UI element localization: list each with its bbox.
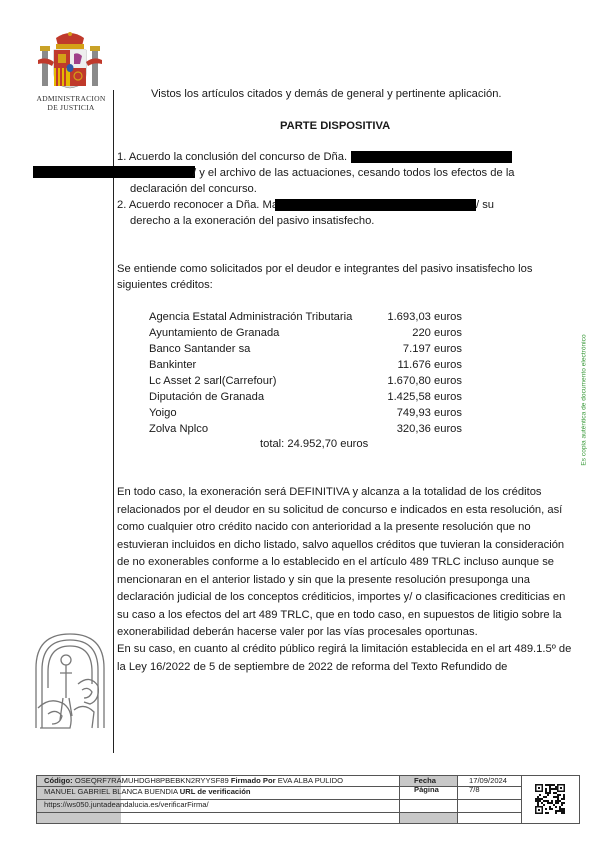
signer-1: EVA ALBA PULIDO	[278, 776, 343, 785]
paragraph-line: En su caso, en cuanto al crédito público…	[117, 641, 571, 657]
credit-amount: 7.197 euros	[302, 341, 462, 357]
item2-line1: 2. Acuerdo reconocer a Dña. María	[117, 197, 291, 213]
credit-amount: 220 euros	[302, 325, 462, 341]
codigo-line: Código: OSEQRF7RAMUHDGH8PBEBKN2RYYSF89 F…	[44, 776, 343, 785]
paragraph-line: exonerabilidad deberán hacerse valer por…	[117, 624, 478, 640]
spain-coat-of-arms-icon	[36, 30, 104, 94]
redaction-bar	[275, 199, 476, 211]
intro-text: Vistos los artículos citados y demás de …	[151, 86, 502, 102]
credit-amount: 749,93 euros	[302, 405, 462, 421]
codigo-label: Código:	[44, 776, 73, 785]
logo-text-line1: ADMINISTRACION	[28, 94, 114, 103]
junta-andalucia-hercules-lions-icon	[30, 628, 110, 738]
credits-total: total: 24.952,70 euros	[260, 436, 368, 452]
logo-text-line2: DE JUSTICIA	[28, 103, 114, 112]
verification-footer: Código: OSEQRF7RAMUHDGH8PBEBKN2RYYSF89 F…	[36, 775, 522, 824]
margin-rule	[113, 90, 114, 753]
footer-divider	[457, 776, 458, 823]
credit-amount: 11.676 euros	[302, 357, 462, 373]
codigo-value: OSEQRF7RAMUHDGH8PBEBKN2RYYSF89	[75, 776, 229, 785]
creditor-name: Yoigo	[149, 405, 177, 421]
creditor-name: Zolva Nplco	[149, 421, 208, 437]
credit-amount: 1.693,03 euros	[302, 309, 462, 325]
qr-code-icon[interactable]	[535, 784, 565, 819]
paragraph-line: su caso a los efectos del art 489 TRLC, …	[117, 607, 561, 623]
item1-line2: / y el archivo de las actuaciones, cesan…	[193, 165, 515, 181]
credit-amount: 1.670,80 euros	[302, 373, 462, 389]
fecha-value: 17/09/2024	[469, 776, 507, 785]
firmado-label: Firmado Por	[231, 776, 276, 785]
creditor-name: Lc Asset 2 sarl(Carrefour)	[149, 373, 276, 389]
item1-line1: 1. Acuerdo la conclusión del concurso de…	[117, 149, 379, 165]
signer-2: MANUEL GABRIEL BLANCA BUENDIA	[44, 787, 178, 796]
creditor-name: Diputación de Granada	[149, 389, 264, 405]
verification-url[interactable]: https://ws050.juntadeandalucia.es/verifi…	[44, 800, 209, 809]
creditor-name: Bankinter	[149, 357, 196, 373]
authentic-copy-note: Es copia auténtica de documento electrón…	[581, 334, 588, 465]
item2-line1-end: / su	[476, 197, 494, 213]
creditor-name: Ayuntamiento de Granada	[149, 325, 279, 341]
footer-shade-bottom	[399, 812, 457, 823]
section-title: PARTE DISPOSITIVA	[280, 118, 390, 134]
item1-line3: declaración del concurso.	[130, 181, 257, 197]
paragraph-line: relacionados por el deudor en su solicit…	[117, 502, 562, 518]
credits-intro-line2: siguientes créditos:	[117, 277, 213, 293]
paragraph-line: la Ley 16/2022 de 5 de septiembre de 202…	[117, 659, 507, 675]
redaction-bar	[351, 151, 512, 163]
pagina-value: 7/8	[469, 785, 480, 794]
credit-amount: 320,36 euros	[302, 421, 462, 437]
paragraph-line: En todo caso, la exoneración será DEFINI…	[117, 484, 542, 500]
footer-divider	[399, 776, 400, 823]
paragraph-line: estuvieran incluidos en dicho listado, s…	[117, 537, 564, 553]
redaction-bar	[33, 166, 195, 178]
fecha-label: Fecha	[414, 776, 436, 785]
paragraph-line: como cualquier otro crédito nacido con a…	[117, 519, 531, 535]
credits-intro-line1: Se entiende como solicitados por el deud…	[117, 261, 532, 277]
footer-row	[37, 811, 521, 813]
url-label: URL de verificación	[180, 787, 251, 796]
paragraph-line: mencionaran en el anterior listado y sin…	[117, 572, 530, 588]
item2-line2: derecho a la exoneración del pasivo insa…	[130, 213, 374, 229]
creditor-name: Banco Santander sa	[149, 341, 250, 357]
administration-label: ADMINISTRACION DE JUSTICIA	[28, 94, 114, 112]
paragraph-line: de no exonerables conforme a lo establec…	[117, 554, 554, 570]
credit-amount: 1.425,58 euros	[302, 389, 462, 405]
pagina-label: Página	[414, 785, 439, 794]
paragraph-line: declaración judicial de los conceptos cr…	[117, 589, 565, 605]
qr-code-container	[521, 775, 580, 824]
signer-line: MANUEL GABRIEL BLANCA BUENDIA URL de ver…	[44, 787, 251, 796]
